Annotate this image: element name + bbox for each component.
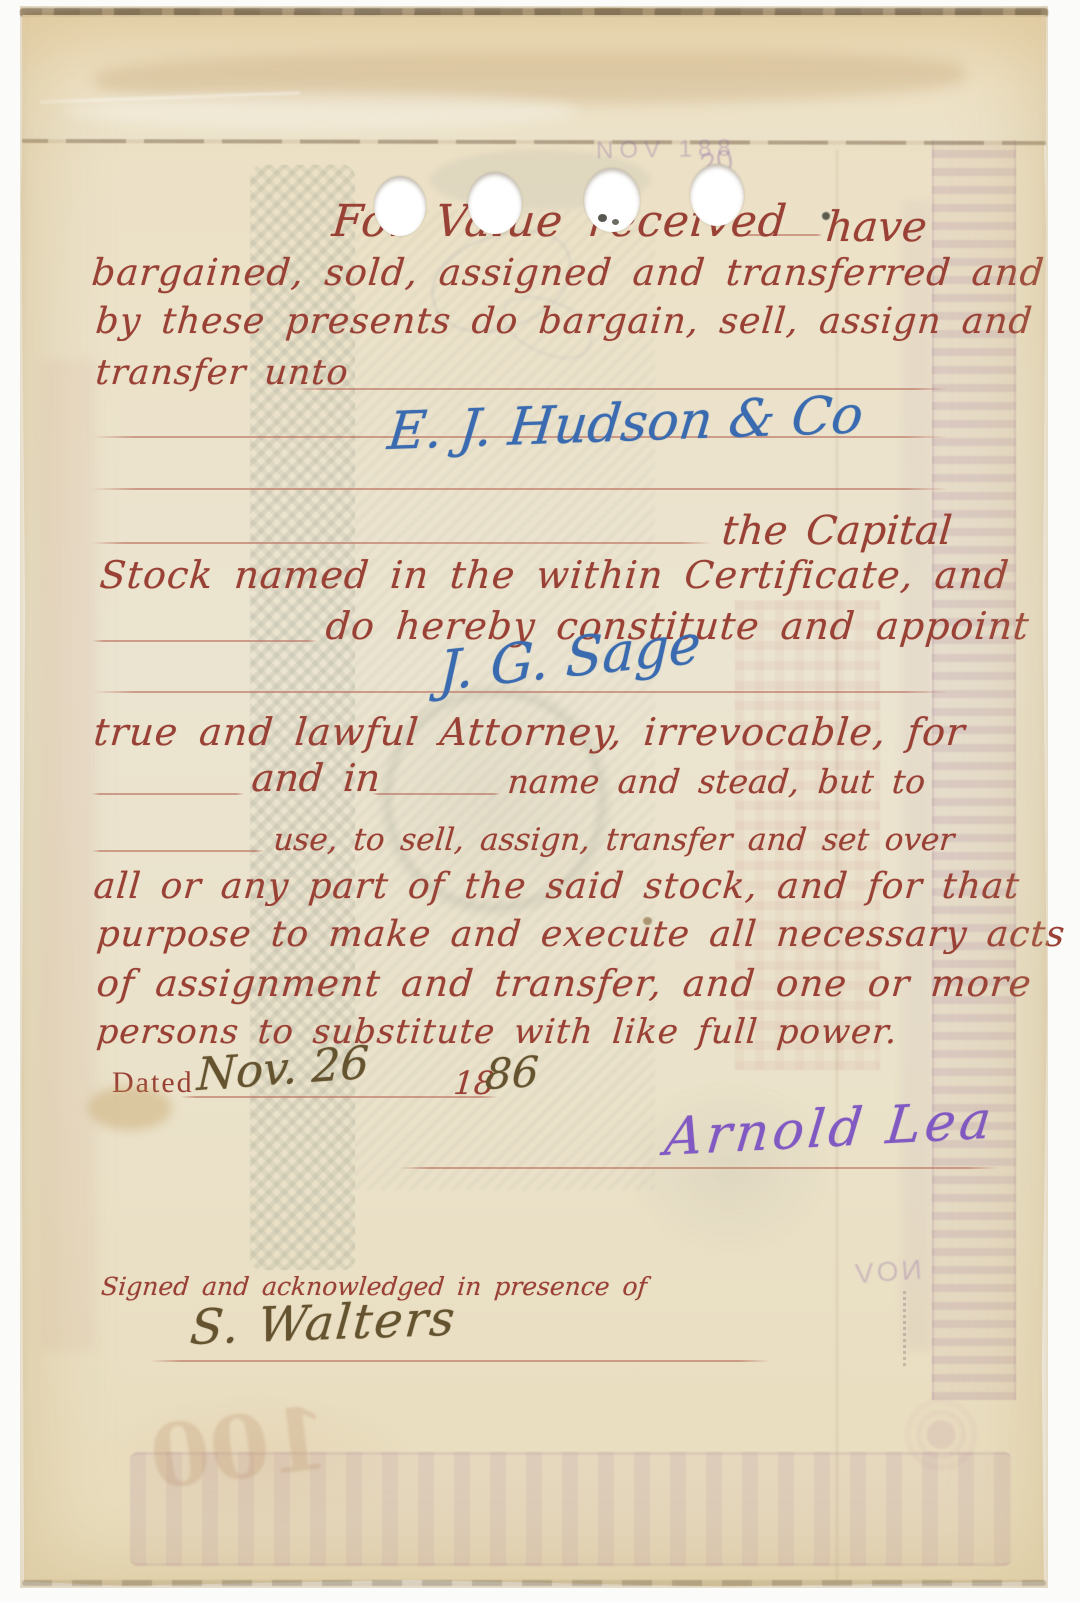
- form-line-all-or-any: all or any part of the said stock, and f…: [92, 866, 1022, 907]
- stain-near-dated: [88, 1086, 172, 1130]
- signature-witness: S. Walters: [188, 1291, 459, 1356]
- form-line-assignment: of assignment and transfer, and one or m…: [95, 962, 1034, 1005]
- form-line-purpose: purpose to make and execute all necessar…: [95, 914, 1067, 955]
- ruled-line-and-in-right: [372, 793, 500, 795]
- form-line-name-stead: name and stead, but to: [506, 762, 927, 801]
- vertical-crease: [836, 150, 838, 1580]
- ink-speck-hole3-a: [598, 214, 607, 222]
- ink-speck-near-have: [822, 212, 830, 220]
- form-line-bargained: bargained, sold, assigned and transferre…: [90, 251, 1046, 294]
- ink-speck-hole3-b: [612, 219, 619, 225]
- paper-bottom-edge: [22, 1580, 1046, 1586]
- form-line-presents: by these presents do bargain, sell, assi…: [94, 301, 1034, 342]
- ruled-line-holder-signature: [398, 1167, 998, 1169]
- ghost-nov-stamp-mirrored: NOV: [851, 1254, 923, 1291]
- punch-hole-1: [374, 176, 426, 236]
- ruled-line-capital: [92, 542, 712, 544]
- ruled-line-witness-signature: [150, 1360, 770, 1362]
- ruled-line-appoint: [92, 640, 318, 642]
- handwritten-date-year: 86: [484, 1047, 540, 1099]
- form-line-the-capital: the Capital: [720, 508, 954, 554]
- form-word-and-in: and in: [250, 756, 382, 800]
- ruled-line-use-blank: [92, 850, 264, 852]
- fly-speck: [643, 917, 652, 925]
- scanned-certificate-page: 100 NOV 188 20 NOV For Value received ha…: [0, 0, 1080, 1603]
- ruled-line-and-in-left: [92, 793, 244, 795]
- ruled-line-assignee-2: [92, 488, 948, 490]
- form-line-transfer-unto: transfer unto: [94, 353, 350, 393]
- form-line-stock-named: Stock named in the within Certificate, a…: [98, 553, 1011, 597]
- form-line-attorney: true and lawful Attorney, irrevocable, f…: [92, 710, 967, 754]
- punch-hole-2: [468, 172, 522, 234]
- form-word-have: have: [824, 202, 929, 251]
- form-line-use-sell: use, to sell, assign, transfer and set o…: [272, 822, 956, 858]
- punch-hole-4: [690, 164, 744, 226]
